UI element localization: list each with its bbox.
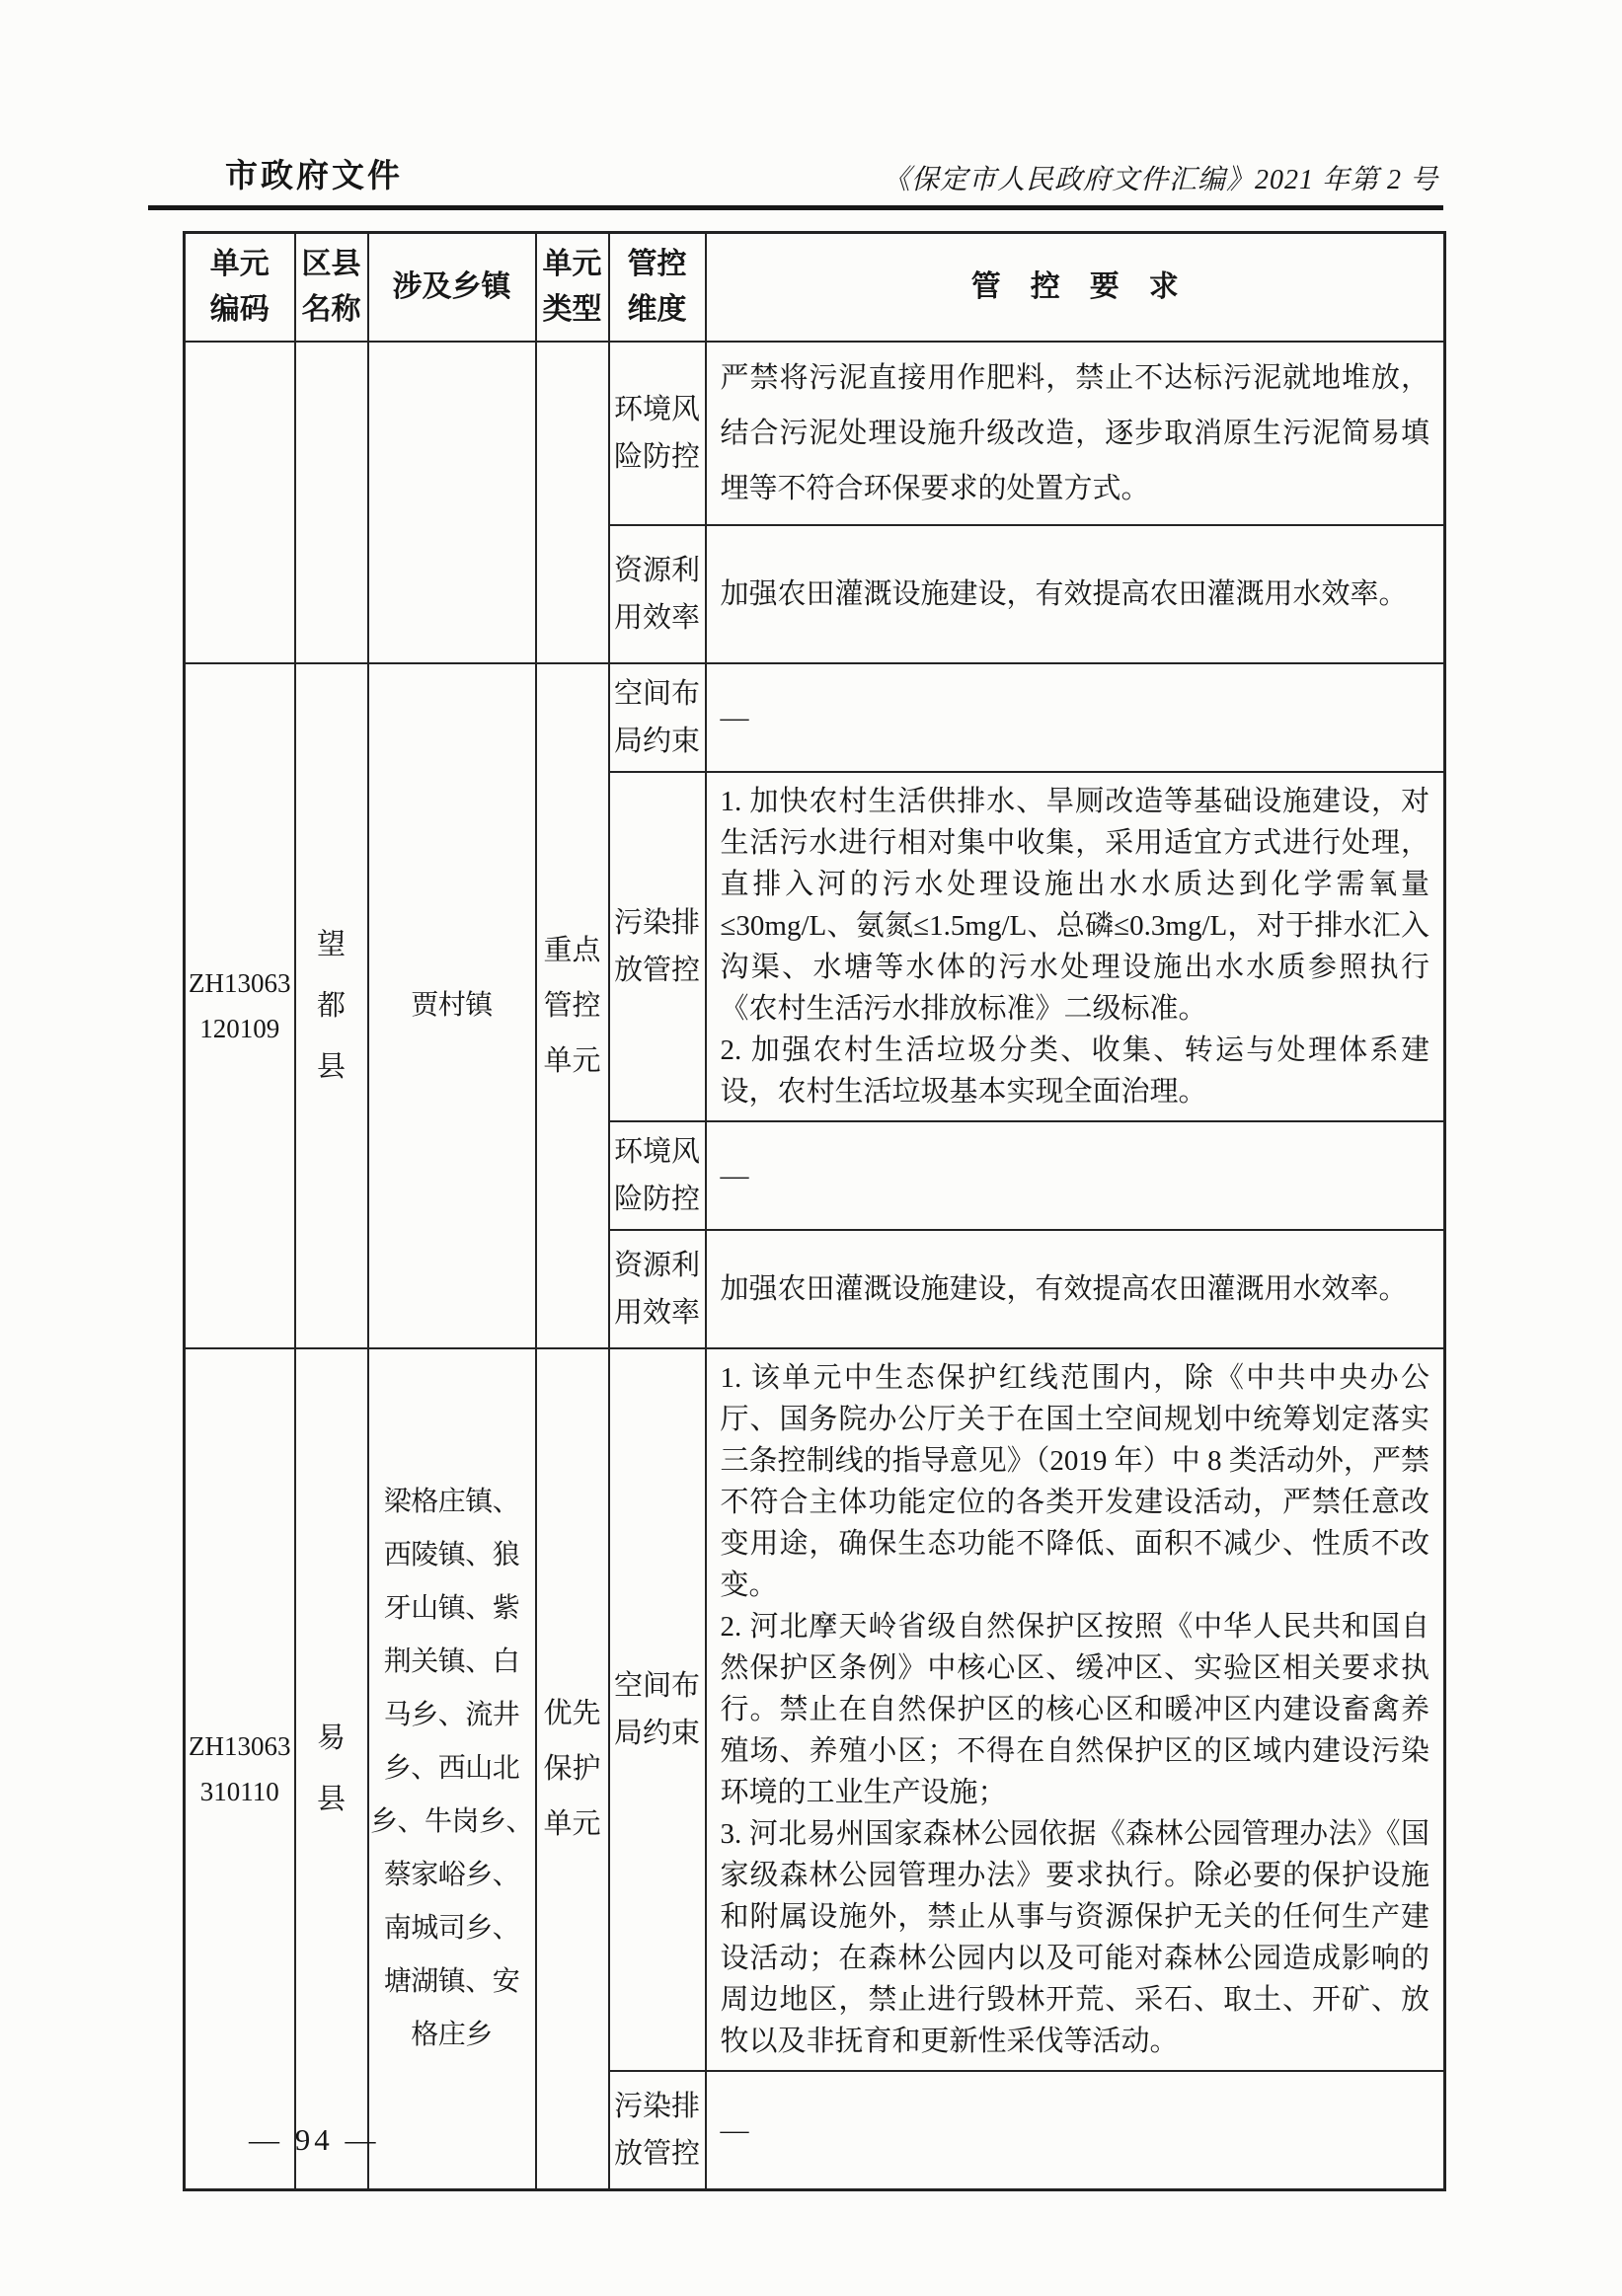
cell-requirement: 加强农田灌溉设施建设，有效提高农田灌溉用水效率。 <box>706 1230 1445 1348</box>
cell-requirement: — <box>706 2071 1445 2190</box>
cell-unit-code: ZH13063 120109 <box>185 663 295 1348</box>
cell-county <box>295 342 368 663</box>
cell-unit-code <box>185 342 295 663</box>
header-dimension: 管控 维度 <box>609 233 706 343</box>
table-header-row: 单元 编码 区县 名称 涉及乡镇 单元 类型 管控 维度 管 控 要 求 <box>185 233 1445 343</box>
cell-dimension: 污染排 放管控 <box>609 772 706 1121</box>
control-requirements-table: 单元 编码 区县 名称 涉及乡镇 单元 类型 管控 维度 管 控 要 求 环境风… <box>183 231 1446 2191</box>
cell-townships: 贾村镇 <box>368 663 536 1348</box>
cell-dimension: 资源利 用效率 <box>609 1230 706 1348</box>
footer-page-number: — 94 — <box>249 2122 380 2158</box>
cell-requirement: — <box>706 1121 1445 1230</box>
table-row: ZH13063 120109 望 都 县 贾村镇 重点 管控 单元 空间布 局约… <box>185 663 1445 772</box>
cell-townships: 梁格庄镇、 西陵镇、狼 牙山镇、紫 荆关镇、白 马乡、流井 乡、西山北 乡、牛岗… <box>368 1348 536 2190</box>
cell-county: 易 县 <box>295 1348 368 2190</box>
cell-dimension: 环境风 险防控 <box>609 1121 706 1230</box>
cell-requirement: 加强农田灌溉设施建设，有效提高农田灌溉用水效率。 <box>706 525 1445 663</box>
header-unit-type: 单元 类型 <box>536 233 609 343</box>
document-page: 市政府文件 《保定市人民政府文件汇编》2021 年第 2 号 单元 编码 区县 … <box>0 0 1622 2296</box>
cell-dimension: 空间布 局约束 <box>609 1348 706 2071</box>
cell-county: 望 都 县 <box>295 663 368 1348</box>
cell-requirement: — <box>706 663 1445 772</box>
cell-dimension: 污染排 放管控 <box>609 2071 706 2190</box>
cell-requirement: 1. 加快农村生活供排水、旱厕改造等基础设施建设，对生活污水进行相对集中收集，采… <box>706 772 1445 1121</box>
header-county: 区县 名称 <box>295 233 368 343</box>
cell-unit-code: ZH13063 310110 <box>185 1348 295 2190</box>
cell-unit-type: 重点 管控 单元 <box>536 663 609 1348</box>
cell-requirement: 严禁将污泥直接用作肥料，禁止不达标污泥就地堆放，结合污泥处理设施升级改造，逐步取… <box>706 342 1445 525</box>
cell-unit-type: 优先 保护 单元 <box>536 1348 609 2190</box>
page-header-left-title: 市政府文件 <box>225 150 403 196</box>
header-requirements: 管 控 要 求 <box>706 233 1445 343</box>
header-rule-divider <box>148 205 1443 210</box>
header-townships: 涉及乡镇 <box>368 233 536 343</box>
cell-townships <box>368 342 536 663</box>
table-row: ZH13063 310110 易 县 梁格庄镇、 西陵镇、狼 牙山镇、紫 荆关镇… <box>185 1348 1445 2071</box>
cell-dimension: 资源利 用效率 <box>609 525 706 663</box>
cell-requirement: 1. 该单元中生态保护红线范围内，除《中共中央办公厅、国务院办公厅关于在国土空间… <box>706 1348 1445 2071</box>
cell-dimension: 环境风 险防控 <box>609 342 706 525</box>
cell-dimension: 空间布 局约束 <box>609 663 706 772</box>
cell-unit-type <box>536 342 609 663</box>
page-header-right-title: 《保定市人民政府文件汇编》2021 年第 2 号 <box>883 158 1438 197</box>
header-unit-code: 单元 编码 <box>185 233 295 343</box>
table-row: 环境风 险防控 严禁将污泥直接用作肥料，禁止不达标污泥就地堆放，结合污泥处理设施… <box>185 342 1445 525</box>
